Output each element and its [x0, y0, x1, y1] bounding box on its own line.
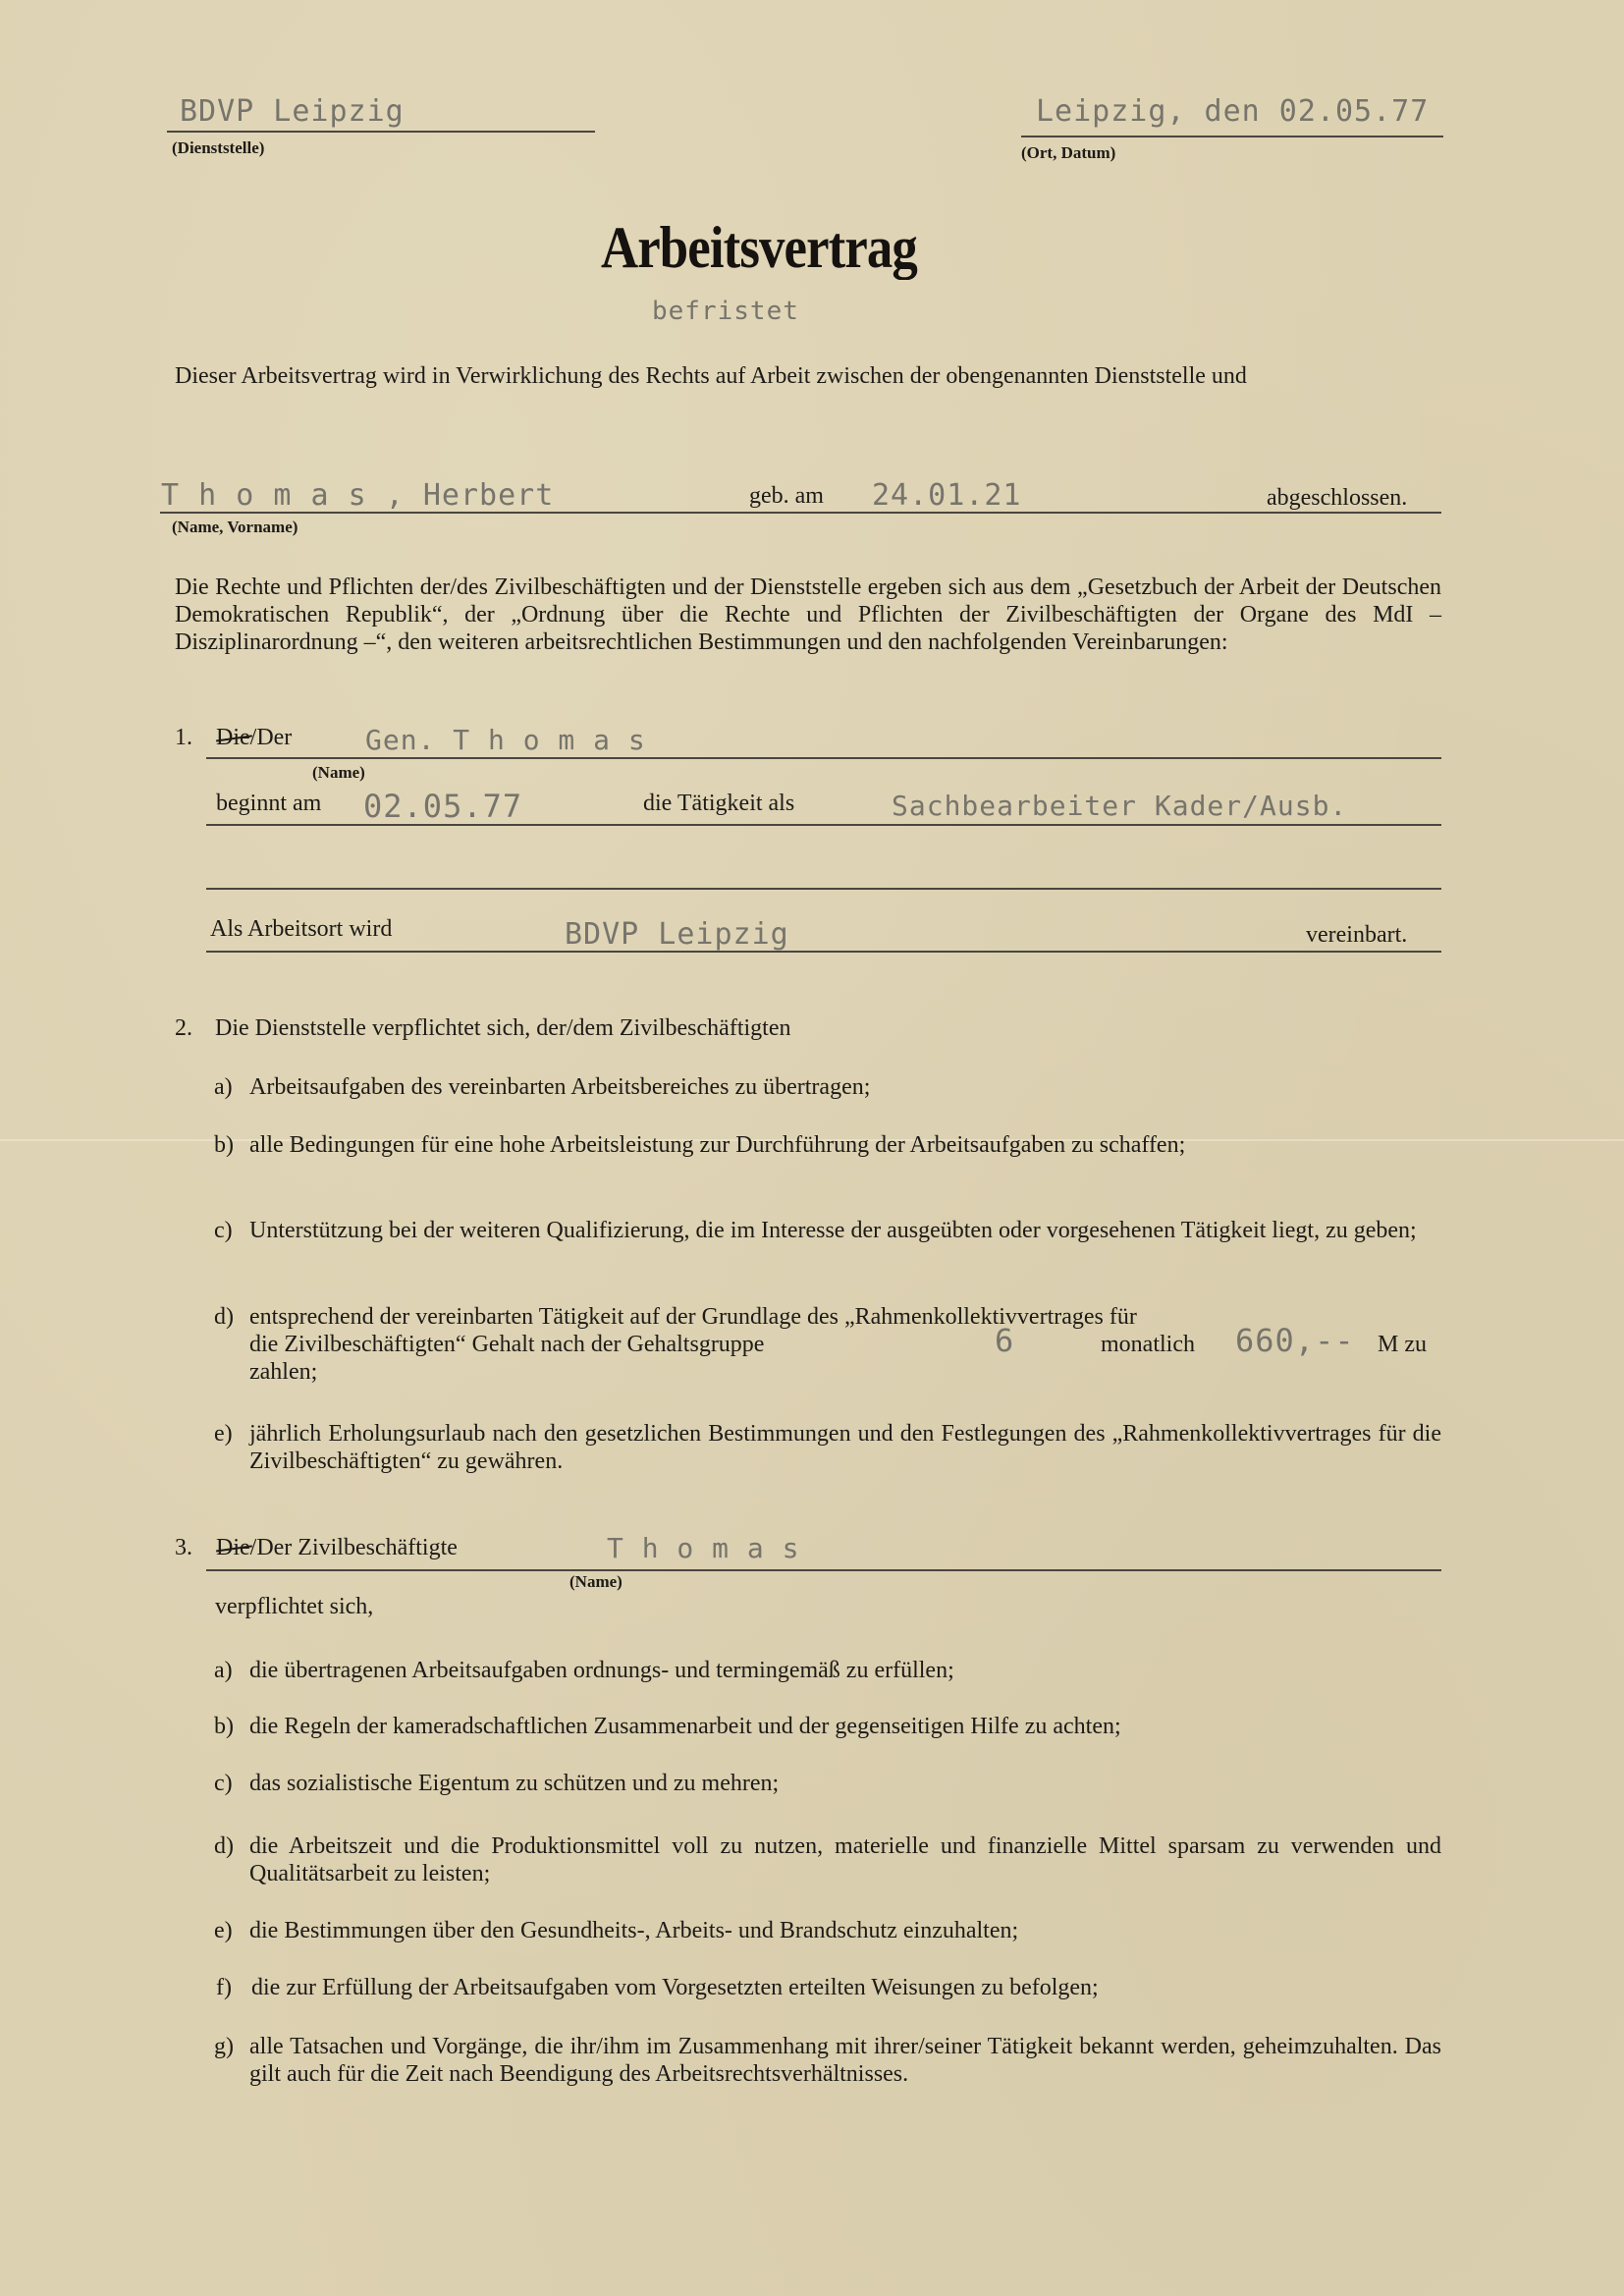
section3-heading: Die/Der Zivilbeschäftigte	[216, 1534, 458, 1561]
section2-item-d: d) entsprechend der vereinbarten Tätigke…	[214, 1303, 1441, 1392]
agreed-label: vereinbart.	[1306, 921, 1407, 949]
item-text: die zur Erfüllung der Arbeitsaufgaben vo…	[251, 1974, 1099, 2001]
monthly-label: monatlich	[1101, 1331, 1195, 1358]
section1-name-line	[206, 757, 1441, 759]
document-subtitle: befristet	[652, 297, 799, 326]
item-text: die Bestimmungen über den Gesundheits-, …	[249, 1917, 1018, 1944]
item-label: g)	[214, 2033, 234, 2060]
currency-label: M zu	[1378, 1331, 1427, 1358]
concluded-label: abgeschlossen.	[1267, 484, 1407, 512]
section1-die-der: Die/Der	[216, 724, 292, 751]
item-label: d)	[214, 1303, 234, 1331]
workplace-label: Als Arbeitsort wird	[210, 915, 392, 943]
section2-number: 2.	[175, 1014, 192, 1042]
item-text: das sozialistische Eigentum zu schützen …	[249, 1770, 779, 1797]
item-label: a)	[214, 1073, 233, 1101]
document-page: BDVP Leipzig (Dienststelle) Leipzig, den…	[0, 0, 1624, 2296]
begins-value: 02.05.77	[363, 788, 522, 825]
item-label: f)	[216, 1974, 232, 2001]
section3-heading-label: /Der Zivilbeschäftigte	[250, 1535, 458, 1560]
workplace-value: BDVP Leipzig	[565, 917, 789, 952]
item-text: alle Bedingungen für eine hohe Arbeitsle…	[249, 1131, 1441, 1159]
monthly-value: 660,--	[1235, 1327, 1355, 1354]
item-text: die übertragenen Arbeitsaufgaben ordnung…	[249, 1657, 954, 1684]
section3-die-struck: Die	[216, 1535, 250, 1560]
obliges-text: verpflichtet sich,	[215, 1593, 373, 1620]
item-label: e)	[214, 1420, 233, 1448]
item-label: b)	[214, 1713, 234, 1740]
ort-datum-value: Leipzig, den 02.05.77	[1036, 94, 1429, 129]
section1-name-label: (Name)	[312, 763, 365, 783]
section3-name-line	[206, 1569, 1441, 1571]
ort-datum-line	[1021, 136, 1443, 137]
item-label: b)	[214, 1131, 234, 1159]
item-text: die Arbeitszeit und die Produktionsmitte…	[249, 1832, 1441, 1887]
item-label: a)	[214, 1657, 233, 1684]
activity-label: die Tätigkeit als	[643, 790, 794, 817]
dienststelle-value: BDVP Leipzig	[180, 94, 405, 129]
ort-datum-label: (Ort, Datum)	[1021, 143, 1115, 163]
item-text-line2: die Zivilbeschäftigten“ Gehalt nach der …	[249, 1331, 764, 1358]
item-text-line3: zahlen;	[249, 1358, 317, 1386]
born-value: 24.01.21	[872, 478, 1022, 513]
workplace-line	[206, 951, 1441, 953]
activity-value: Sachbearbeiter Kader/Ausb.	[892, 790, 1347, 822]
item-text: jährlich Erholungsurlaub nach den gesetz…	[249, 1420, 1441, 1475]
section1-number: 1.	[175, 724, 192, 751]
item-label: d)	[214, 1832, 234, 1860]
section1-der-label: /Der	[250, 725, 293, 750]
intro-paragraph: Dieser Arbeitsvertrag wird in Verwirklic…	[175, 362, 1439, 390]
party-name-label: (Name, Vorname)	[172, 518, 298, 537]
item-label: e)	[214, 1917, 233, 1944]
activity-line	[206, 824, 1441, 826]
section3-number: 3.	[175, 1534, 192, 1561]
party-line	[160, 512, 1441, 514]
section1-name-value: Gen. T h o m a s	[365, 724, 646, 756]
item-text: die Regeln der kameradschaftlichen Zusam…	[249, 1713, 1441, 1740]
section3-name-label: (Name)	[569, 1572, 623, 1592]
section1-die-struck: Die	[216, 725, 250, 750]
dienststelle-line	[167, 131, 595, 133]
section3-name-value: T h o m a s	[607, 1532, 799, 1564]
party-name-value: T h o m a s , Herbert	[161, 478, 554, 513]
item-text: Arbeitsaufgaben des vereinbarten Arbeits…	[249, 1073, 1441, 1101]
gehaltsgruppe-value: 6	[995, 1327, 1014, 1354]
section2-heading: Die Dienststelle verpflichtet sich, der/…	[215, 1014, 790, 1042]
extra-line	[206, 888, 1441, 890]
begins-label: beginnt am	[216, 790, 321, 817]
item-label: c)	[214, 1770, 233, 1797]
document-title: Arbeitsvertrag	[601, 214, 917, 282]
item-text: alle Tatsachen und Vorgänge, die ihr/ihm…	[249, 2033, 1441, 2088]
item-label: c)	[214, 1217, 233, 1244]
preamble-paragraph: Die Rechte und Pflichten der/des Zivilbe…	[175, 574, 1441, 656]
dienststelle-label: (Dienststelle)	[172, 138, 264, 158]
item-text: Unterstützung bei der weiteren Qualifizi…	[249, 1217, 1441, 1244]
born-label: geb. am	[749, 482, 824, 510]
